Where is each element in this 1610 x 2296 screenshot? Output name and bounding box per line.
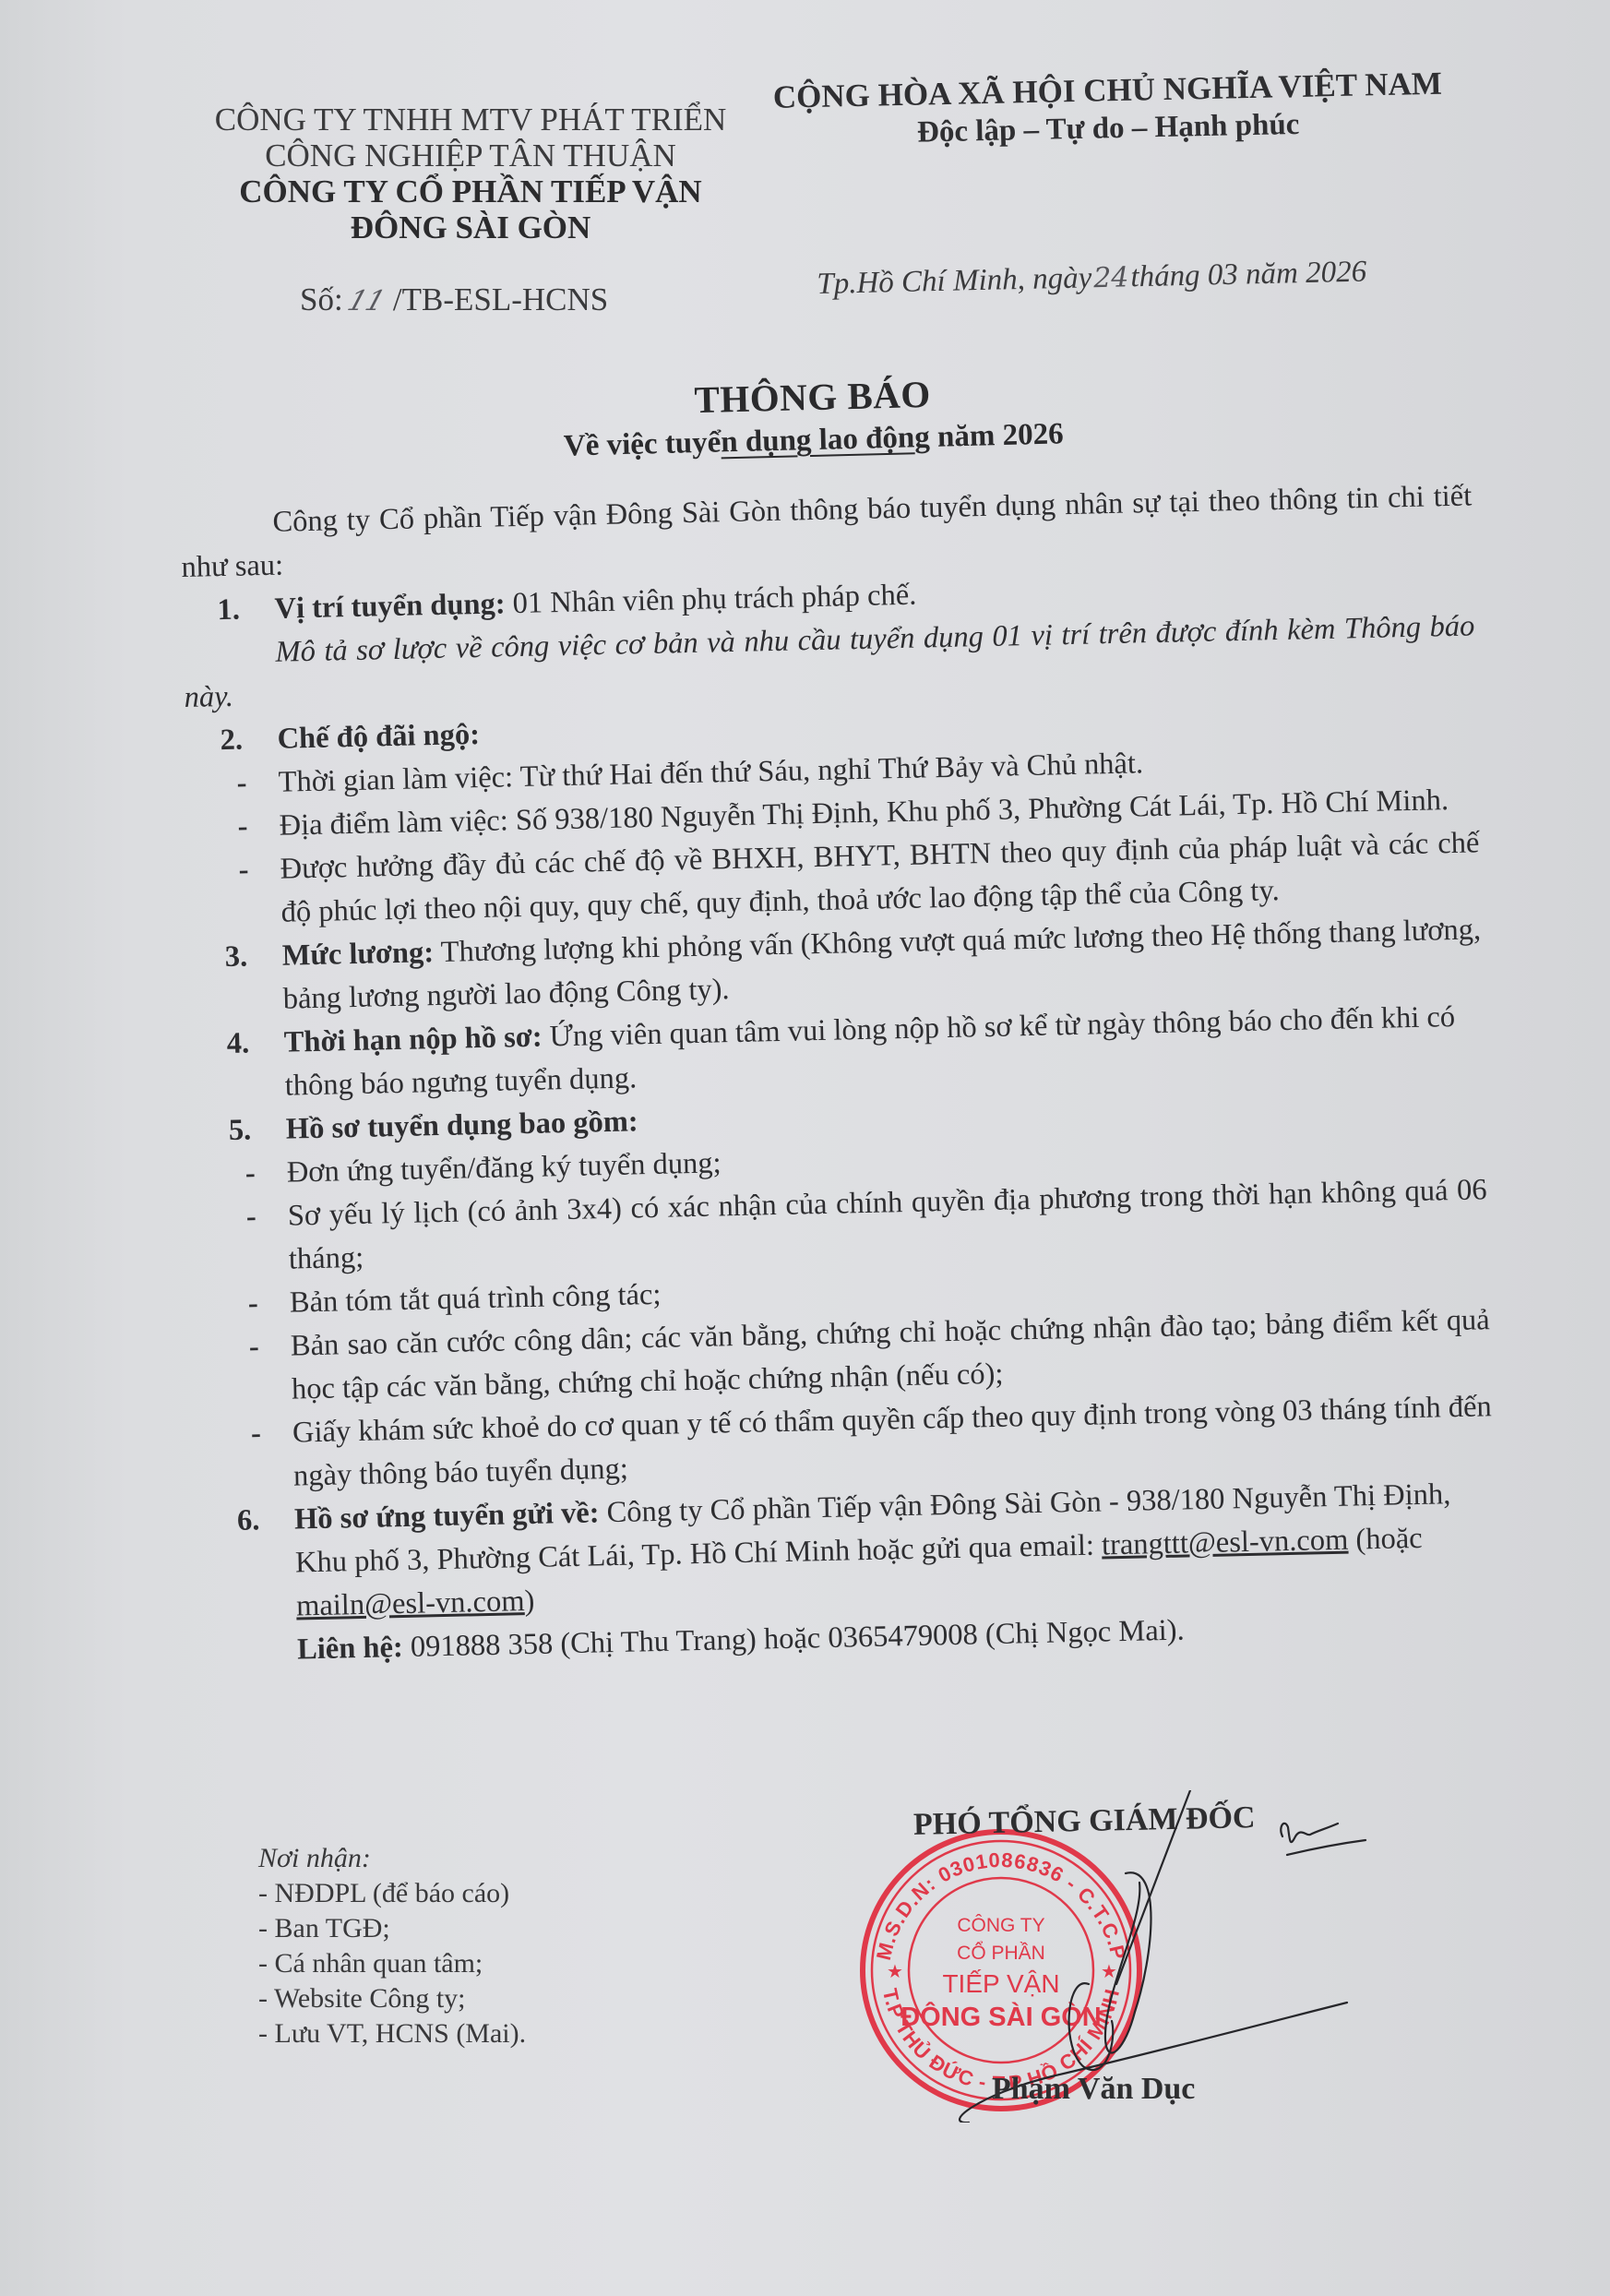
email-link-secondary[interactable]: mailn@esl-vn.com: [296, 1584, 525, 1622]
section-label: Hồ sơ ứng tuyển gửi về:: [294, 1496, 600, 1536]
section-6: 6. Hồ sơ ứng tuyển gửi về: Công ty Cổ ph…: [237, 1472, 1497, 1630]
doc-number-prefix: Số:: [300, 281, 343, 317]
subtitle-part1: Về việc tuyể: [563, 425, 721, 462]
date-day-handwritten: 24: [1093, 261, 1129, 294]
document-number: Số:11/TB-ESL-HCNS: [300, 281, 608, 318]
dash-bullet: -: [248, 1325, 259, 1369]
section-label: Hồ sơ tuyển dụng bao gồm:: [285, 1105, 638, 1145]
email-link-primary[interactable]: trangttt@esl-vn.com: [1102, 1524, 1349, 1562]
list-item-text: Đơn ứng tuyển/đăng ký tuyển dụng;: [286, 1146, 721, 1189]
dash-bullet: -: [247, 1282, 258, 1325]
title-block: THÔNG BÁO Về việc tuyển dụng lao động nă…: [397, 364, 1229, 471]
dash-bullet: -: [236, 761, 247, 805]
dash-bullet: -: [237, 805, 248, 848]
dash-bullet: -: [238, 848, 249, 891]
recipient-item: - NĐDPL (để báo cáo): [258, 1876, 526, 1911]
document-body: Công ty Cổ phần Tiếp vận Đông Sài Gòn th…: [180, 474, 1497, 1673]
company-line1: CÔNG TY CỔ PHẦN TIẾP VẬN: [185, 173, 757, 209]
subtitle-part2: g năm 2026: [914, 417, 1064, 454]
section-number: 1.: [217, 589, 240, 633]
section-number: 2.: [220, 719, 243, 763]
section-label: Mức lương:: [281, 936, 434, 973]
national-header: CỘNG HÒA XÃ HỘI CHỦ NGHĨA VIỆT NAM Độc l…: [766, 65, 1450, 154]
doc-number-handwritten: 11: [343, 285, 389, 317]
issuer-header: CÔNG TY TNHH MTV PHÁT TRIỂN CÔNG NGHIỆP …: [185, 102, 757, 245]
dash-bullet: -: [251, 1412, 262, 1455]
section-number: 4.: [226, 1022, 249, 1067]
doc-number-suffix: /TB-ESL-HCNS: [393, 281, 608, 317]
section-label: Thời hạn nộp hồ sơ:: [283, 1021, 543, 1059]
dash-bullet: -: [244, 1152, 256, 1195]
section-number: 6.: [237, 1499, 260, 1543]
parent-company-line2: CÔNG NGHIỆP TÂN THUẬN: [185, 138, 757, 173]
date-prefix: Tp.Hồ Chí Minh, ngày: [817, 261, 1092, 301]
recipient-item: - Ban TGĐ;: [258, 1911, 526, 1946]
contact-label: Liên hệ:: [297, 1631, 403, 1666]
date-suffix: tháng 03 năm 2026: [1130, 255, 1367, 293]
email-after: ): [524, 1584, 535, 1618]
email-between: (hoặc: [1348, 1522, 1423, 1557]
recipients-block: Nơi nhận: - NĐDPL (để báo cáo) - Ban TGĐ…: [258, 1841, 526, 2051]
subtitle-underlined: n dụng lao độn: [721, 421, 915, 459]
signer-name: Phạm Văn Dục: [992, 2072, 1195, 2107]
recipients-heading: Nơi nhận:: [258, 1841, 526, 1876]
recipient-item: - Website Công ty;: [258, 1981, 526, 2016]
section-label: Chế độ đãi ngộ:: [277, 718, 480, 756]
company-line2: ĐÔNG SÀI GÒN: [185, 209, 757, 245]
recipient-item: - Cá nhân quan tâm;: [258, 1946, 526, 1981]
date-line: Tp.Hồ Chí Minh, ngày24tháng 03 năm 2026: [817, 255, 1367, 302]
parent-company-line1: CÔNG TY TNHH MTV PHÁT TRIỂN: [185, 102, 757, 138]
section-number: 5.: [228, 1108, 251, 1153]
list-item-text: Bản tóm tắt quá trình công tác;: [290, 1278, 662, 1320]
recipient-item: - Lưu VT, HCNS (Mai).: [258, 2016, 526, 2051]
section-label: Vị trí tuyển dụng:: [274, 587, 506, 625]
dash-bullet: -: [245, 1195, 256, 1238]
document-page: CÔNG TY TNHH MTV PHÁT TRIỂN CÔNG NGHIỆP …: [0, 0, 1610, 2296]
section-text: 01 Nhân viên phụ trách pháp chế.: [505, 579, 917, 621]
section-number: 3.: [224, 936, 247, 980]
